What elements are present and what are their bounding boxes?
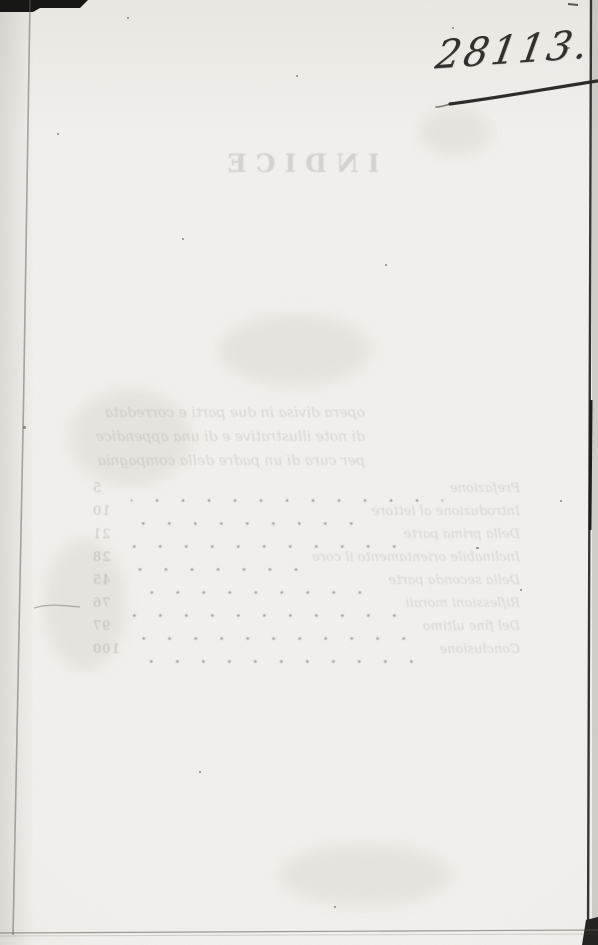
paper-speck [560, 500, 562, 502]
dot-leader [131, 481, 443, 504]
paper-smudge [420, 110, 490, 155]
dot-leader [131, 504, 364, 527]
bleed-index-row: Conclusione 100 [92, 642, 520, 665]
bleed-index-row: Introduzione al lettore 10 [92, 504, 520, 527]
paper-speck [385, 264, 387, 266]
dot-leader [131, 527, 397, 550]
paper-speck [452, 27, 454, 29]
paper-speck [334, 906, 336, 908]
bleed-index-row: Riflessioni morali 76 [92, 596, 520, 619]
dot-leader [131, 619, 416, 642]
bleed-index-row: Prefazione 5 [92, 481, 520, 504]
paper-speck [23, 426, 26, 429]
bleed-index-row: Del fine ultimo 97 [92, 619, 520, 642]
paper-speck [296, 75, 298, 77]
bleed-page-number: 21 [92, 527, 124, 542]
bleed-page-number: 10 [92, 504, 124, 519]
paper-speck [520, 589, 522, 591]
bleed-entry-label: Della seconda parte [388, 573, 520, 588]
bleed-index-row: Inclinabile orientamento il core 28 [92, 550, 520, 573]
paper-speck [199, 771, 201, 773]
scanned-page: INDICE opera divisa in due parti e corre… [0, 0, 598, 945]
dot-leader [131, 573, 381, 596]
dot-leader [131, 642, 432, 665]
bleed-entry-label: Conclusione [439, 642, 520, 657]
paper-smudge [280, 845, 450, 905]
paper-speck [127, 17, 129, 19]
paper-smudge [45, 540, 125, 670]
bleed-entry-label: Inclinabile orientamento il core [312, 550, 520, 565]
dot-leader [131, 550, 305, 573]
paper-smudge [220, 315, 370, 385]
bleed-entry-label: Della prima parte [404, 527, 520, 542]
dot-leader [131, 596, 398, 619]
bleed-index-row: Della seconda parte 45 [92, 573, 520, 596]
bleed-entry-label: Del fine ultimo [423, 619, 520, 634]
paper-speck [476, 547, 479, 549]
bleed-title-indice: INDICE [0, 149, 598, 178]
bleed-index-entries: Prefazione 5 Introduzione al lettore 10 … [92, 481, 520, 665]
paper-speck [182, 238, 184, 240]
paper-speck [57, 133, 59, 135]
bleed-entry-label: Introduzione al lettore [371, 504, 520, 519]
bleed-entry-label: Riflessioni morali [405, 596, 520, 611]
bleed-entry-label: Prefazione [450, 481, 520, 496]
paper-smudge [70, 390, 190, 485]
bleed-index-row: Della prima parte 21 [92, 527, 520, 550]
